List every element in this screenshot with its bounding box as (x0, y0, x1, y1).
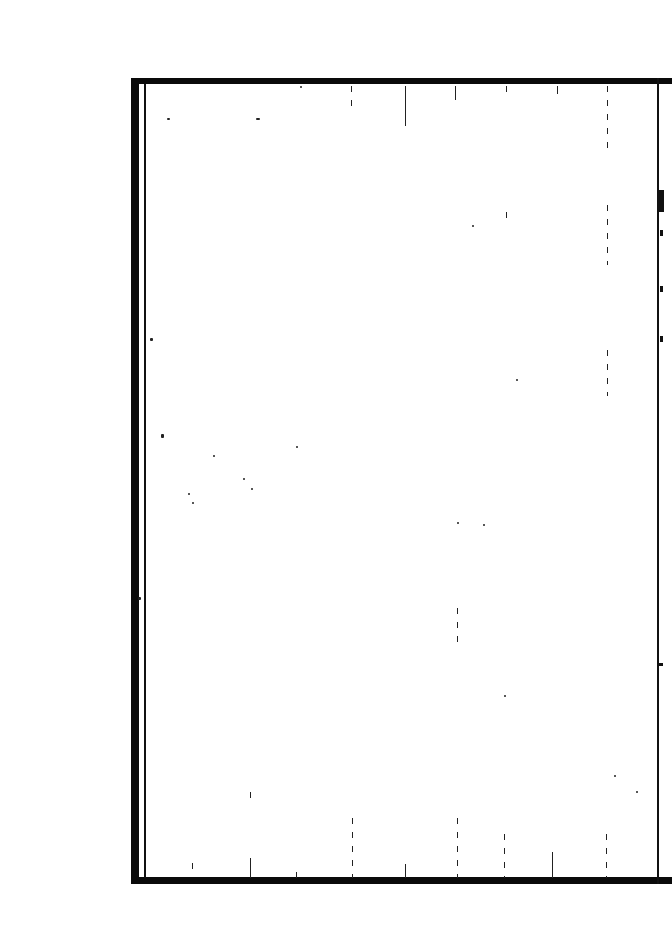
scan-speck (504, 695, 506, 697)
document-page (0, 0, 672, 946)
column-rule (296, 872, 297, 878)
column-rule (557, 86, 558, 94)
scan-speck (192, 502, 194, 504)
column-rule (250, 792, 251, 800)
page-border-outer (131, 78, 672, 884)
column-rule (506, 212, 507, 220)
edge-mark (659, 663, 663, 666)
column-rule (192, 863, 193, 877)
column-rule (607, 205, 608, 265)
scan-speck (213, 455, 215, 457)
column-rule (405, 864, 406, 878)
scan-speck (138, 597, 141, 600)
scan-speck (150, 338, 153, 341)
scan-speck (300, 86, 302, 88)
edge-mark (658, 190, 664, 212)
column-rule (405, 86, 406, 126)
column-rule (351, 86, 352, 112)
column-rule (607, 86, 608, 156)
scan-speck (251, 488, 253, 490)
column-rule (506, 86, 507, 100)
scan-speck (457, 522, 459, 524)
scan-speck (167, 118, 170, 120)
column-rule (504, 834, 505, 878)
scan-speck (296, 446, 298, 448)
scan-speck (636, 791, 638, 793)
scan-speck (483, 524, 485, 526)
scan-speck (188, 493, 190, 495)
column-rule (455, 86, 456, 100)
edge-mark (660, 286, 663, 292)
scan-speck (516, 379, 518, 381)
scan-speck (243, 478, 245, 480)
column-rule (457, 818, 458, 878)
column-rule (607, 350, 608, 396)
scan-speck (256, 118, 260, 120)
edge-mark (660, 230, 663, 236)
column-rule (606, 834, 607, 878)
column-rule (250, 858, 251, 878)
scan-speck (472, 225, 474, 227)
column-rule (552, 852, 553, 878)
scan-speck (614, 775, 616, 777)
scan-speck (161, 434, 164, 438)
column-rule (352, 818, 353, 878)
column-rule (457, 608, 458, 642)
edge-mark (660, 336, 663, 342)
page-border-inner-left (144, 84, 146, 878)
